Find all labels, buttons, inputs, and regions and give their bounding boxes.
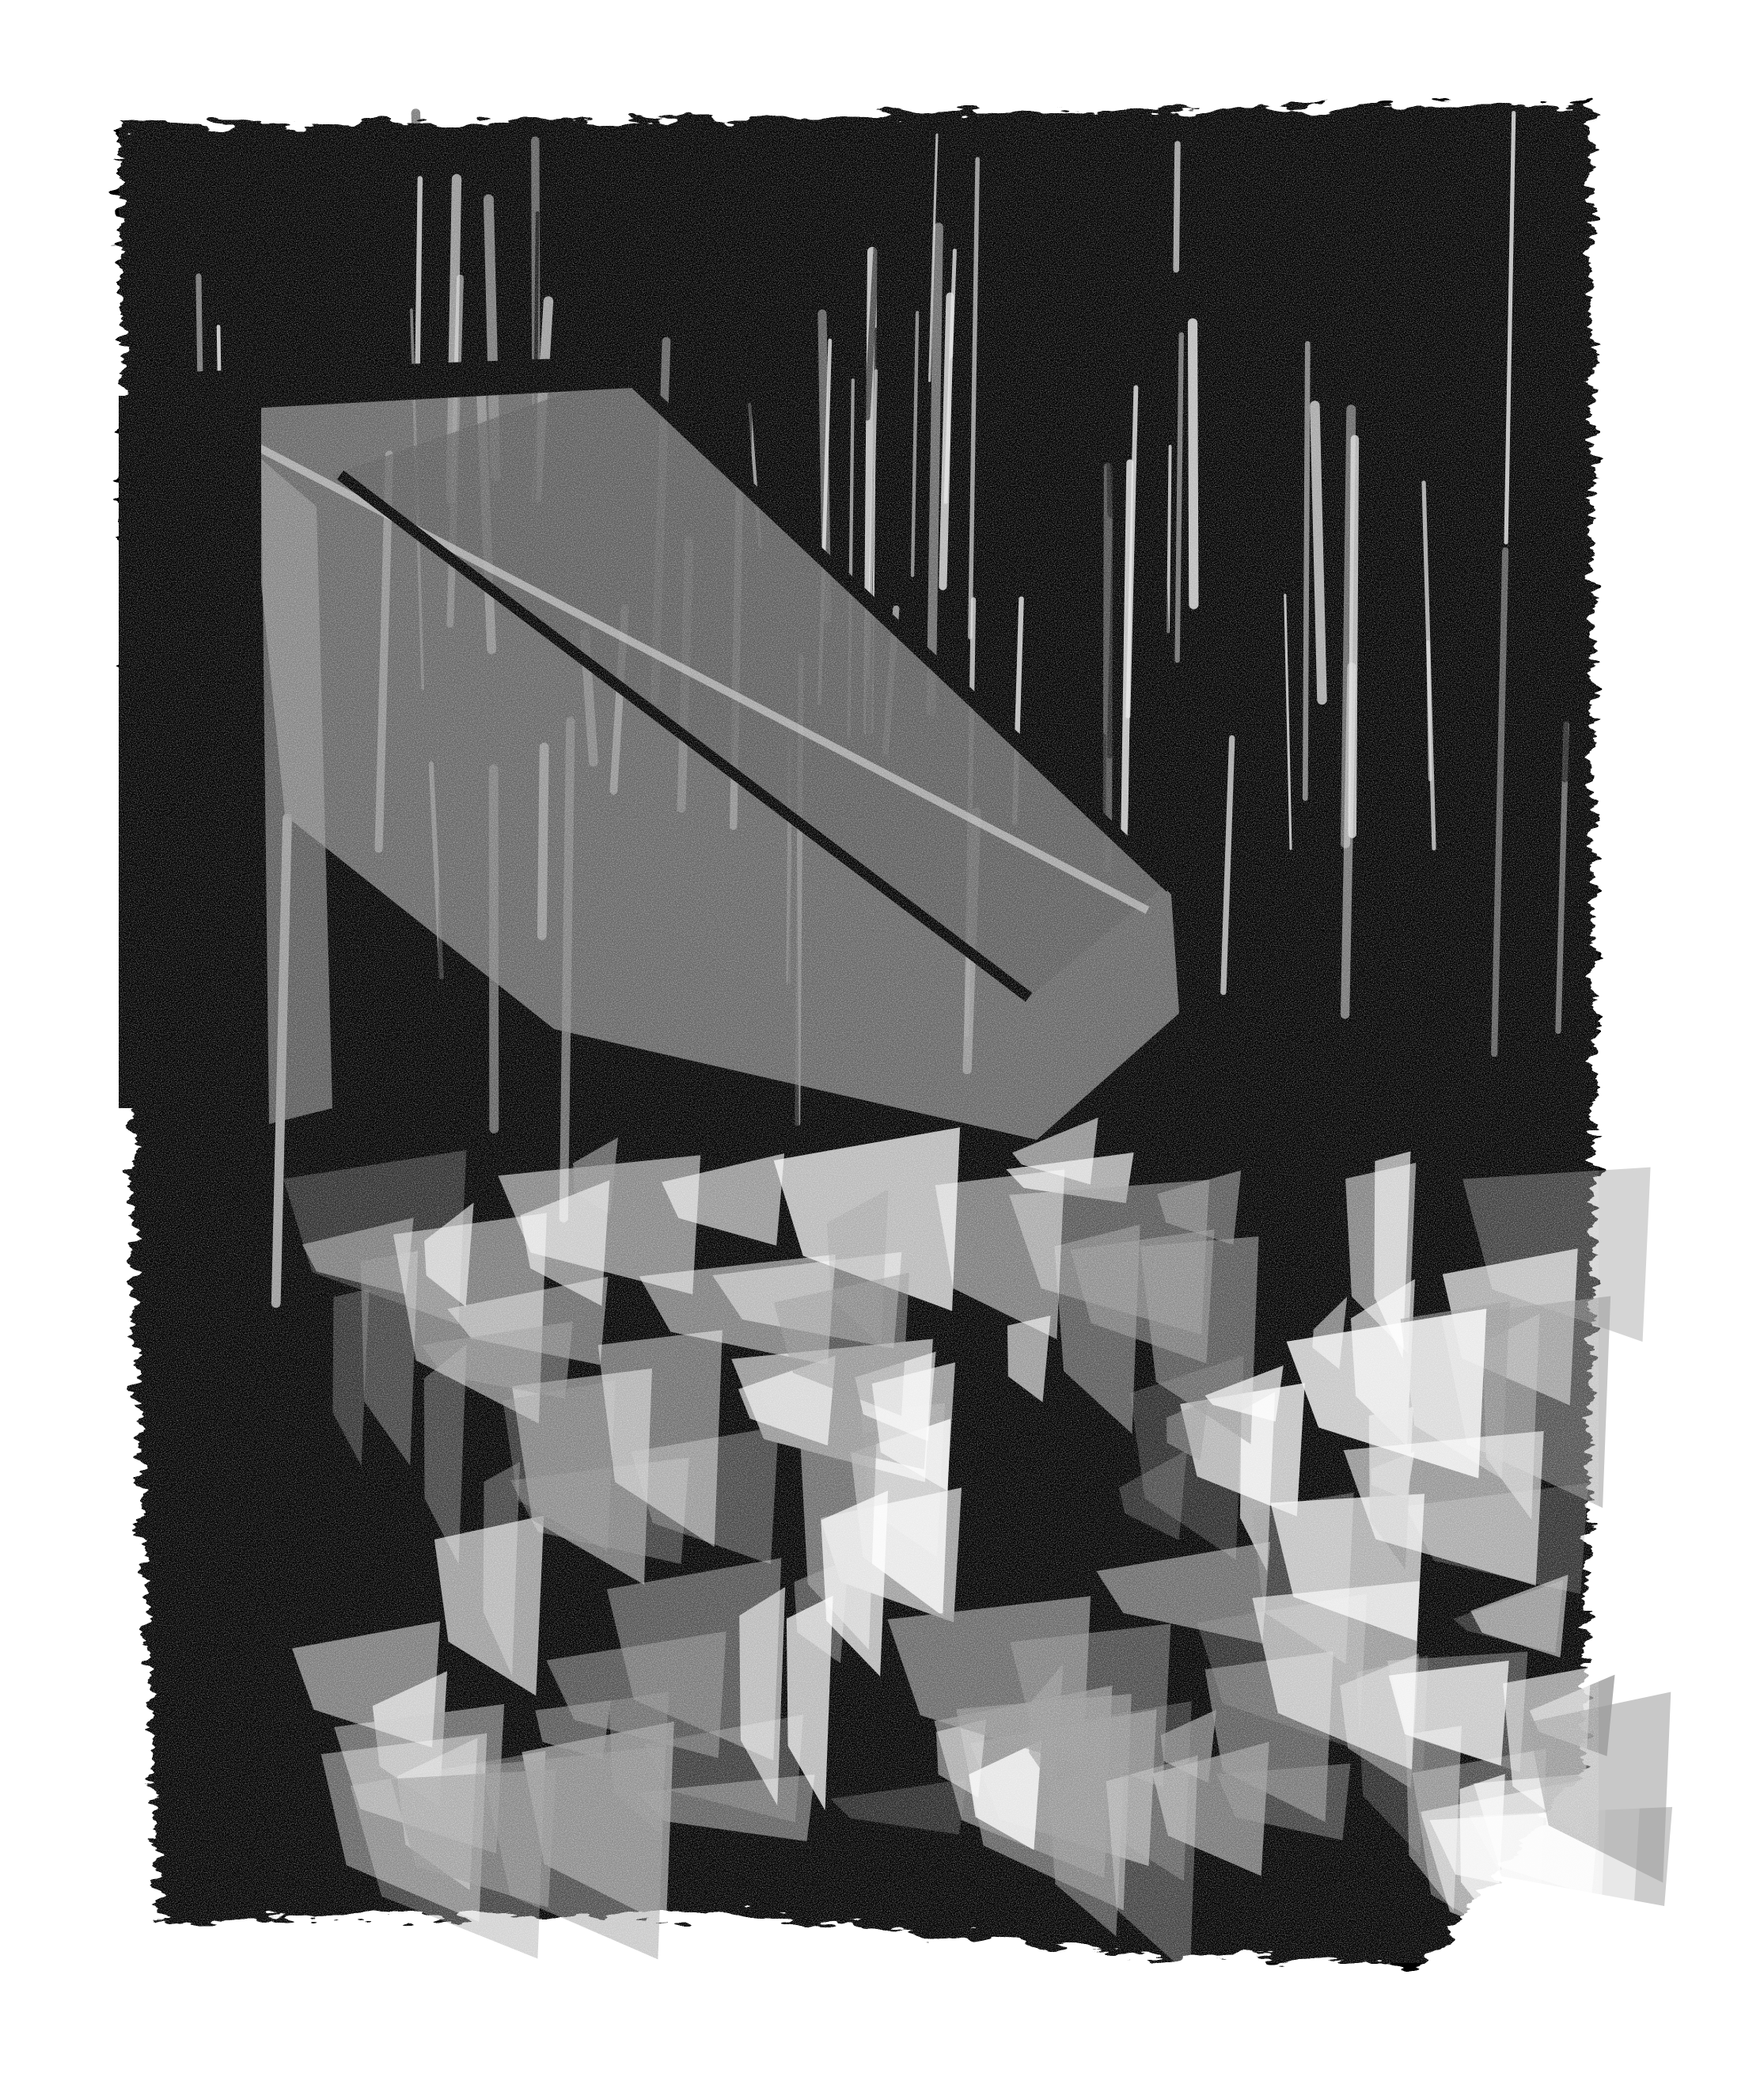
charcoal-drawing <box>0 0 1764 2096</box>
grain-overlay <box>119 103 1599 1963</box>
